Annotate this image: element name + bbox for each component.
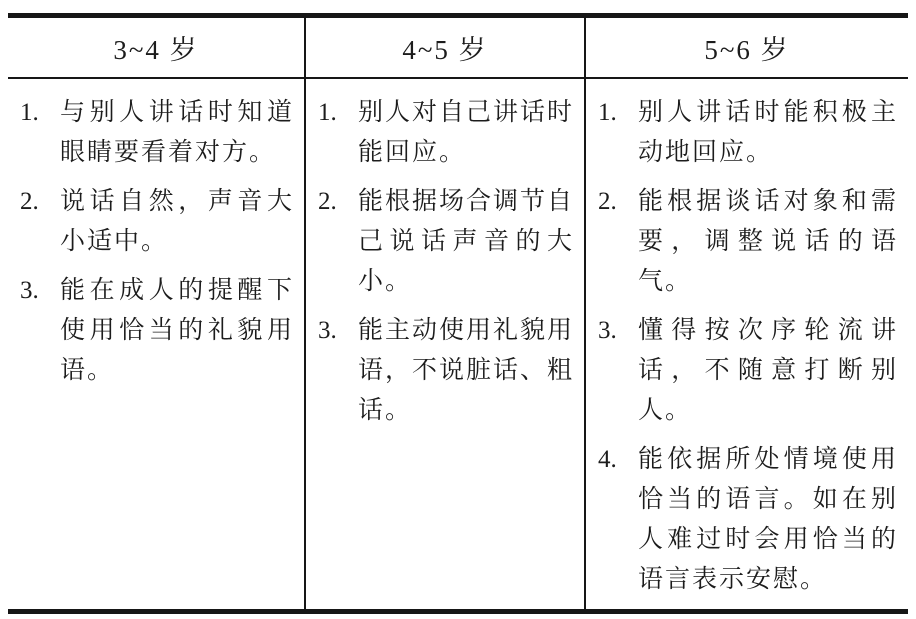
item-text: 懂得按次序轮流讲话，不随意打断别人。 — [638, 317, 898, 424]
item-text: 能根据场合调节自己说话声音的大小。 — [358, 188, 574, 295]
column-age-4-5: 1. 别人对自己讲话时能回应。 2. 能根据场合调节自己说话声音的大小。 3. … — [304, 79, 584, 609]
table-header-row: 3~4 岁 4~5 岁 5~6 岁 — [8, 18, 908, 79]
list-item: 2. 能根据场合调节自己说话声音的大小。 — [318, 182, 574, 302]
list-item: 1. 别人讲话时能积极主动地回应。 — [598, 93, 898, 173]
list-item: 1. 与别人讲话时知道眼睛要看着对方。 — [20, 93, 294, 173]
list-item: 4. 能依据所处情境使用恰当的语言。如在别人难过时会用恰当的语言表示安慰。 — [598, 440, 898, 600]
header-cell-age-5-6: 5~6 岁 — [584, 18, 908, 77]
item-text: 能主动使用礼貌用语，不说脏话、粗话。 — [358, 317, 574, 424]
list-item: 3. 能在成人的提醒下使用恰当的礼貌用语。 — [20, 271, 294, 391]
item-text: 别人对自己讲话时能回应。 — [358, 99, 574, 166]
item-number: 4. — [598, 440, 617, 480]
list-item: 2. 说话自然，声音大小适中。 — [20, 182, 294, 262]
item-text: 能根据谈话对象和需要，调整说话的语气。 — [638, 188, 898, 295]
list-item: 2. 能根据谈话对象和需要，调整说话的语气。 — [598, 182, 898, 302]
item-text: 说话自然，声音大小适中。 — [60, 188, 294, 255]
item-number: 2. — [20, 182, 39, 222]
item-number: 2. — [318, 182, 337, 222]
header-cell-age-3-4: 3~4 岁 — [8, 18, 304, 77]
column-age-3-4: 1. 与别人讲话时知道眼睛要看着对方。 2. 说话自然，声音大小适中。 3. 能… — [8, 79, 304, 609]
header-cell-age-4-5: 4~5 岁 — [304, 18, 584, 77]
item-text: 别人讲话时能积极主动地回应。 — [638, 99, 898, 166]
item-text: 能在成人的提醒下使用恰当的礼貌用语。 — [60, 277, 294, 384]
list-item: 1. 别人对自己讲话时能回应。 — [318, 93, 574, 173]
item-text: 与别人讲话时知道眼睛要看着对方。 — [60, 99, 294, 166]
item-number: 3. — [318, 311, 337, 351]
item-number: 3. — [20, 271, 39, 311]
list-item: 3. 能主动使用礼貌用语，不说脏话、粗话。 — [318, 311, 574, 431]
item-text: 能依据所处情境使用恰当的语言。如在别人难过时会用恰当的语言表示安慰。 — [638, 446, 898, 593]
table-body-row: 1. 与别人讲话时知道眼睛要看着对方。 2. 说话自然，声音大小适中。 3. 能… — [8, 79, 908, 609]
item-number: 1. — [598, 93, 617, 133]
list-item: 3. 懂得按次序轮流讲话，不随意打断别人。 — [598, 311, 898, 431]
item-number: 1. — [318, 93, 337, 133]
item-number: 2. — [598, 182, 617, 222]
age-language-milestones-table: 3~4 岁 4~5 岁 5~6 岁 1. 与别人讲话时知道眼睛要看着对方。 2.… — [8, 13, 908, 614]
column-age-5-6: 1. 别人讲话时能积极主动地回应。 2. 能根据谈话对象和需要，调整说话的语气。… — [584, 79, 908, 609]
item-number: 3. — [598, 311, 617, 351]
item-number: 1. — [20, 93, 39, 133]
